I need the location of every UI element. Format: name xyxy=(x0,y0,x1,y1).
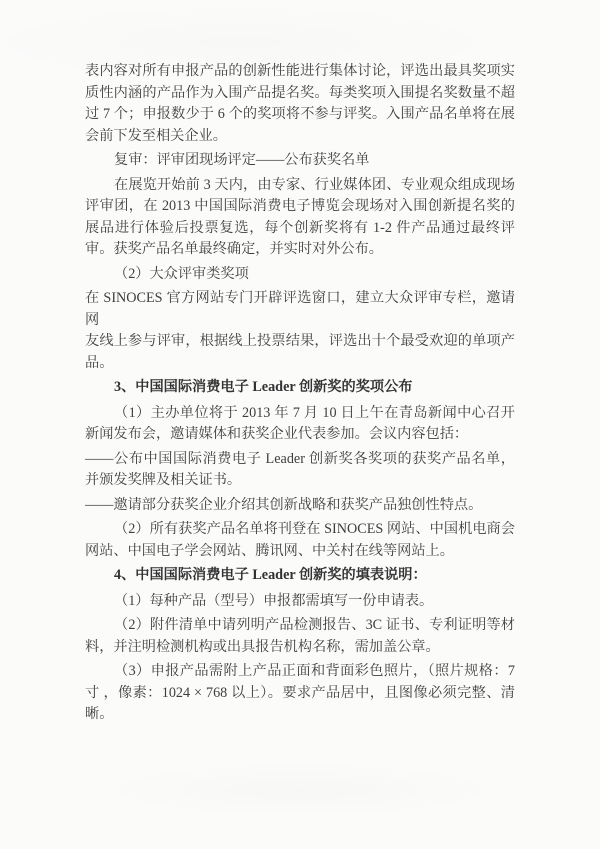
text-line: （2）大众评审类奖项 xyxy=(85,264,515,286)
paragraph: （1）主办单位将于 2013 年 7 月 10 日上午在青岛新闻中心召开新闻发布… xyxy=(85,403,515,446)
text-line: ——邀请部分获奖企业介绍其创新战略和获奖产品独创性特点。 xyxy=(85,495,515,517)
section-heading: 4、中国国际消费电子 Leader 创新奖的填表说明： xyxy=(85,565,515,587)
paragraph: 复审：评审团现场评定——公布获奖名单 xyxy=(85,150,515,172)
paragraph: （2）大众评审类奖项 xyxy=(85,264,515,286)
paragraph: 表内容对所有申报产品的创新性能进行集体讨论，评选出最具奖项实质性内涵的产品作为入… xyxy=(85,61,515,147)
text-line: 审。获奖产品名单最终确定，并实时对外公布。 xyxy=(85,239,515,261)
text-line: （2）附件清单中请列明产品检测报告、3C 证书、专利证明等材 xyxy=(85,615,515,637)
text-line: 晰。 xyxy=(85,704,515,726)
text-line: 评审团，在 2013 中国国际消费电子博览会现场对入围创新提名奖的 xyxy=(85,196,515,218)
text-line: （1）主办单位将于 2013 年 7 月 10 日上午在青岛新闻中心召开 xyxy=(85,403,515,425)
text-line: 并颁发奖牌及相关证书。 xyxy=(85,470,515,492)
text-line: 友线上参与评审，根据线上投票结果，评选出十个最受欢迎的单项产 xyxy=(85,331,515,353)
text-line: 品。 xyxy=(85,353,515,375)
text-line: 在 SINOCES 官方网站专门开辟评选窗口，建立大众评审专栏，邀请网 xyxy=(85,288,515,331)
text-line: 3、中国国际消费电子 Leader 创新奖的奖项公布 xyxy=(85,377,515,399)
paragraph: （1）每种产品（型号）申报都需填写一份申请表。 xyxy=(85,591,515,613)
text-line: 在展览开始前 3 天内，由专家、行业媒体团、专业观众组成现场 xyxy=(85,175,515,197)
text-line: 过 7 个；申报数少于 6 个的奖项将不参与评奖。入围产品名单将在展 xyxy=(85,104,515,126)
paragraph: 在 SINOCES 官方网站专门开辟评选窗口，建立大众评审专栏，邀请网友线上参与… xyxy=(85,288,515,374)
section-heading: 3、中国国际消费电子 Leader 创新奖的奖项公布 xyxy=(85,377,515,399)
text-line: ——公布中国国际消费电子 Leader 创新奖各奖项的获奖产品名单， xyxy=(85,449,515,471)
text-line: 质性内涵的产品作为入围产品提名奖。每类奖项入围提名奖数量不超 xyxy=(85,83,515,105)
paragraph: （3）申报产品需附上产品正面和背面彩色照片，（照片规格：7寸 ，像素：1024 … xyxy=(85,661,515,726)
text-line: （1）每种产品（型号）申报都需填写一份申请表。 xyxy=(85,591,515,613)
paragraph: （2）附件清单中请列明产品检测报告、3C 证书、专利证明等材料，并注明检测机构或… xyxy=(85,615,515,658)
document-content: 表内容对所有申报产品的创新性能进行集体讨论，评选出最具奖项实质性内涵的产品作为入… xyxy=(0,0,600,726)
text-line: 复审：评审团现场评定——公布获奖名单 xyxy=(85,150,515,172)
document-page: 表内容对所有申报产品的创新性能进行集体讨论，评选出最具奖项实质性内涵的产品作为入… xyxy=(0,0,600,849)
text-line: 寸 ，像素：1024 × 768 以上）。要求产品居中，且图像必须完整、清 xyxy=(85,683,515,705)
text-line: 新闻发布会，邀请媒体和获奖企业代表参加。会议内容包括： xyxy=(85,424,515,446)
text-line: （2）所有获奖产品名单将刊登在 SINOCES 网站、中国机电商会 xyxy=(85,519,515,541)
text-line: （3）申报产品需附上产品正面和背面彩色照片，（照片规格：7 xyxy=(85,661,515,683)
text-line: 表内容对所有申报产品的创新性能进行集体讨论，评选出最具奖项实 xyxy=(85,61,515,83)
paragraph: ——邀请部分获奖企业介绍其创新战略和获奖产品独创性特点。 xyxy=(85,495,515,517)
text-line: 会前下发至相关企业。 xyxy=(85,126,515,148)
paragraph: 在展览开始前 3 天内，由专家、行业媒体团、专业观众组成现场评审团，在 2013… xyxy=(85,175,515,261)
paragraph: （2）所有获奖产品名单将刊登在 SINOCES 网站、中国机电商会网站、中国电子… xyxy=(85,519,515,562)
text-line: 展品进行体验后投票复选，每个创新奖将有 1-2 件产品通过最终评 xyxy=(85,218,515,240)
text-line: 网站、中国电子学会网站、腾讯网、中关村在线等网站上。 xyxy=(85,541,515,563)
text-line: 4、中国国际消费电子 Leader 创新奖的填表说明： xyxy=(85,565,515,587)
text-line: 料，并注明检测机构或出具报告机构名称，需加盖公章。 xyxy=(85,637,515,659)
paragraph: ——公布中国国际消费电子 Leader 创新奖各奖项的获奖产品名单，并颁发奖牌及… xyxy=(85,449,515,492)
